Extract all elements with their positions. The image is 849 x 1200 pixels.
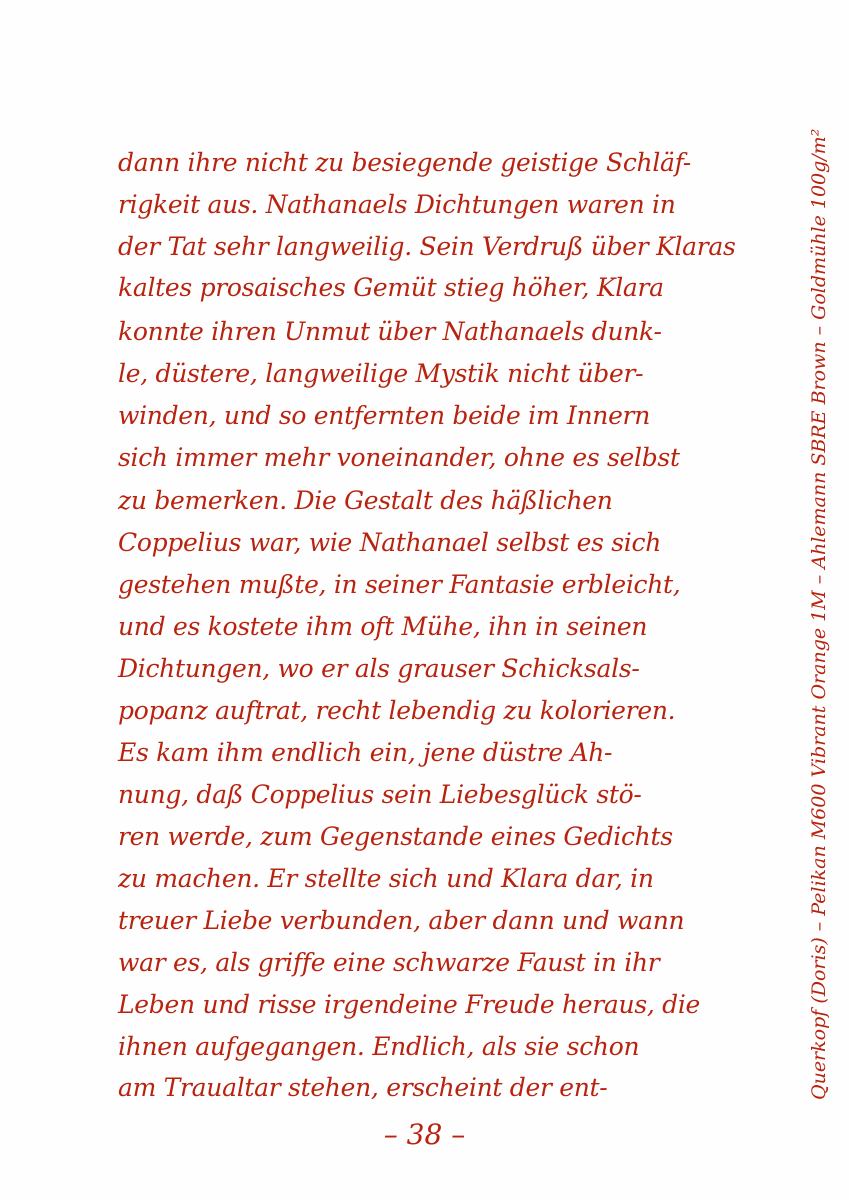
text-line: rigkeit aus. Nathanaels Dichtungen waren… [118, 185, 718, 225]
text-line: ren werde, zum Gegenstande eines Gedicht… [118, 817, 718, 857]
text-line: dann ihre nicht zu besiegende geistige S… [118, 143, 718, 183]
text-line: treuer Liebe verbunden, aber dann und wa… [118, 901, 718, 941]
text-line: und es kostete ihm oft Mühe, ihn in sein… [118, 607, 718, 647]
text-line: le, düstere, langweilige Mystik nicht üb… [118, 354, 718, 394]
text-line: war es, als griffe eine schwarze Faust i… [118, 943, 718, 983]
handwritten-page: dann ihre nicht zu besiegende geistige S… [0, 0, 849, 1200]
text-line: gestehen mußte, in seiner Fantasie erble… [118, 565, 718, 605]
text-line: der Tat sehr langweilig. Sein Verdruß üb… [118, 227, 718, 267]
text-line: winden, und so entfernten beide im Inner… [118, 396, 718, 436]
text-line: zu machen. Er stellte sich und Klara dar… [118, 859, 718, 899]
text-line: am Traualtar stehen, erscheint der ent- [118, 1068, 718, 1108]
text-line: konnte ihren Unmut über Nathanaels dunk- [118, 312, 718, 352]
text-line: ihnen aufgegangen. Endlich, als sie scho… [118, 1027, 718, 1067]
text-line: sich immer mehr voneinander, ohne es sel… [118, 438, 718, 478]
text-line: Coppelius war, wie Nathanael selbst es s… [118, 523, 718, 563]
text-line: nung, daß Coppelius sein Liebesglück stö… [118, 775, 718, 815]
text-line: Dichtungen, wo er als grauser Schicksals… [118, 649, 718, 689]
text-line: Leben und risse irgendeine Freude heraus… [118, 985, 718, 1025]
side-note-writing-materials: Querkopf (Doris) – Pelikan M600 Vibrant … [808, 40, 830, 1100]
text-line: zu bemerken. Die Gestalt des häßlichen [118, 481, 718, 521]
text-line: popanz auftrat, recht lebendig zu kolori… [118, 691, 718, 731]
page-number: – 38 – [0, 1118, 849, 1151]
text-line: Es kam ihm endlich ein, jene düstre Ah- [118, 733, 718, 773]
text-line: kaltes prosaisches Gemüt stieg höher, Kl… [118, 268, 718, 308]
